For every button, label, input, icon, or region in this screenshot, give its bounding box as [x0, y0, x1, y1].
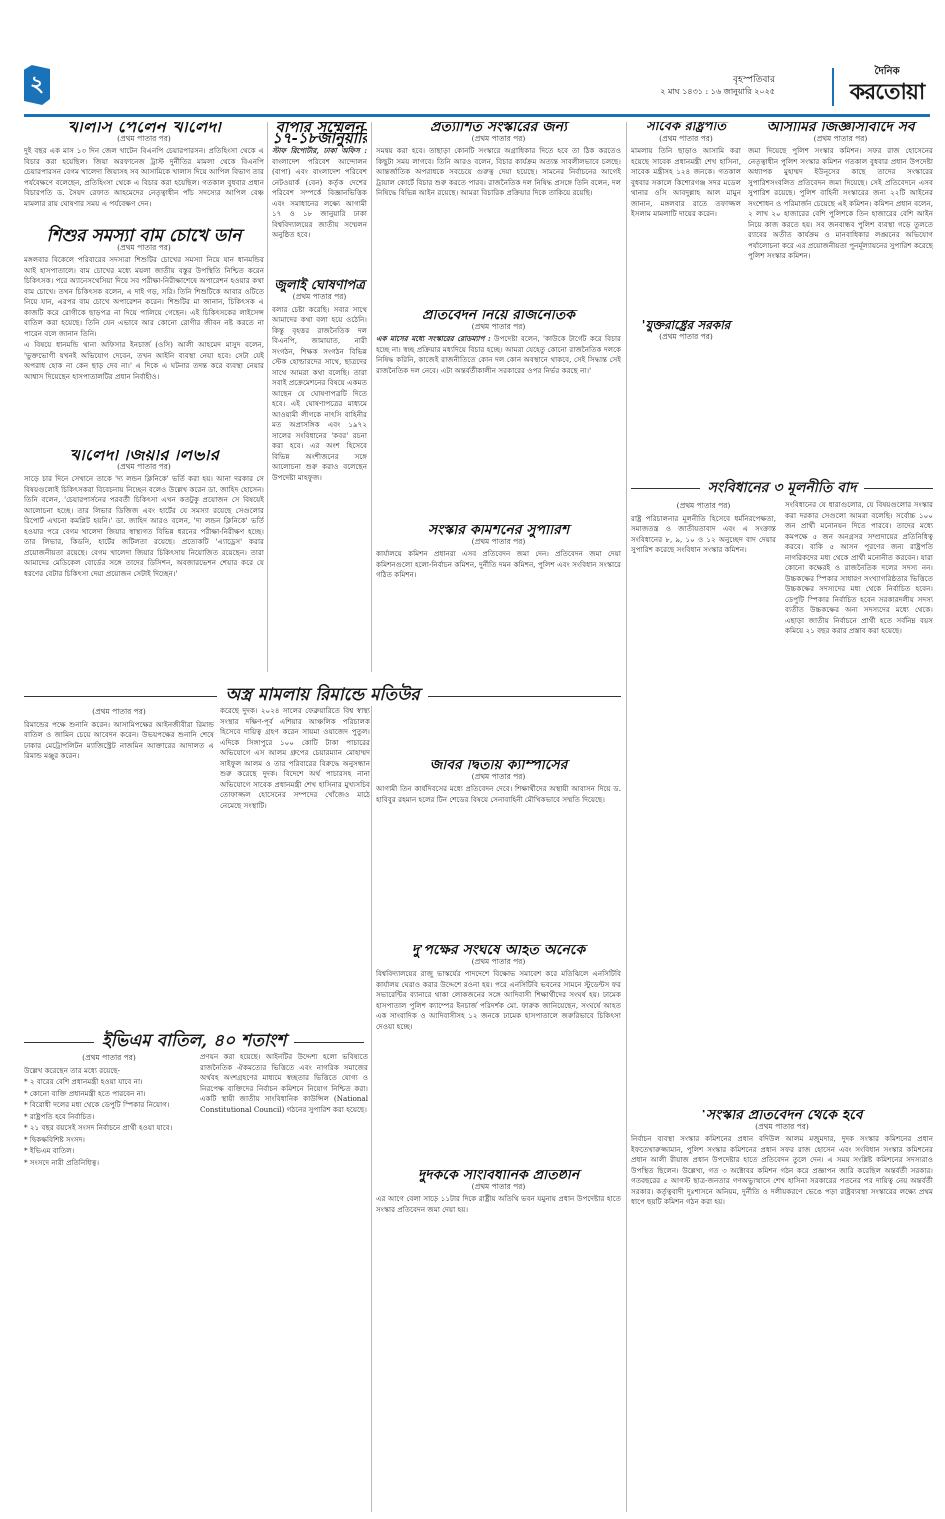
continued-label: (প্রথম পাতার পর) — [376, 537, 621, 548]
article-body: আগামী তিন কার্যদিবসের মধ্যে প্রতিবেদন দে… — [376, 784, 621, 805]
article-body: প্রণয়ন করা হয়েছে। আইনটির উদ্দেশ্য হলো … — [200, 1052, 368, 1115]
continued-label: (প্রথম পাতার পর) — [24, 134, 264, 145]
continued-label: (প্রথম পাতার পর) — [24, 707, 214, 718]
headline: জবির দ্বিতীয় ক্যাম্পাসের — [376, 760, 621, 771]
masthead-big: করতোয়া — [838, 81, 936, 105]
continued-label: (প্রথম পাতার পর) — [376, 772, 621, 783]
page-number-badge: ২ — [24, 65, 50, 105]
article-sangskar-theke: 'সংস্কার প্রতিবেদন থেকে হবে (প্রথম পাতার… — [631, 1110, 933, 1510]
article-body: দুই বছর এক মাস ১৩ দিন জেল খাটেন বিএনপি চ… — [24, 146, 264, 209]
article-body: সংবিধানের যে ধারাগুলোর, যে বিষয়গুলোর সং… — [785, 500, 933, 637]
headline: দুদককে সাংবিধানিক প্রতিষ্ঠান — [376, 1170, 621, 1181]
headline: 'যুক্তরাষ্ট্রের সরকার — [631, 320, 741, 331]
continued-label: (প্রথম পাতার পর) — [376, 957, 621, 968]
continued-label: (প্রথম পাতার পর) — [272, 292, 367, 303]
article-body: এর আগে বেলা সাড়ে ১১টার দিকে রাষ্ট্রীয় … — [376, 1194, 621, 1215]
headline: শিশুর সমস্যা বাম চোখে ডান — [24, 231, 264, 242]
article-body: বিশ্ববিদ্যালয়ের রাজু ভাস্কর্যের পাদদেশে… — [376, 969, 621, 1032]
article-body: মঙ্গলবার বিকেলে পরিবারের সদস্যরা শিশুটির… — [24, 255, 264, 339]
article-body: সাড়ে চার দিনে সেখানে তাকে 'দ্য লন্ডন ক্… — [24, 474, 264, 579]
continued-label: (প্রথম পাতার পর) — [24, 462, 264, 473]
list-item: * সংসদে নারী প্রতিনিধিত্ব। — [24, 1158, 194, 1169]
date-label: ২ মাঘ ১৪৩১ : ১৬ জানুয়ারি ২০২৫ — [660, 86, 775, 98]
subhead-lead: এক মাসের মধ্যে সংস্কারের রোডম্যাপ : — [376, 334, 491, 343]
headline-rule: সংবিধানের ৩ মূলনীতি বাদ — [631, 476, 933, 500]
article-remand-col1: (প্রথম পাতার পর) রিমান্ডের পক্ষে শুনানি … — [24, 706, 214, 1016]
article-body: রিমান্ডের পক্ষে শুনানি করেন। আসামিপক্ষের… — [24, 720, 214, 762]
article-body: মামলায় তিনি ছাড়াও আসামি করা হয়েছে সাব… — [631, 146, 741, 220]
article-evm-col2: প্রণয়ন করা হয়েছে। আইনটির উদ্দেশ্য হলো … — [200, 1052, 368, 1512]
headline: সংবিধানের ৩ মূলনীতি বাদ — [708, 476, 857, 500]
list-item: * ২ বারের বেশি প্রধানমন্ত্রী হওয়া যাবে … — [24, 1077, 194, 1088]
article-body: নির্বাচন ব্যবস্থা সংস্কার কমিশনের প্রধান… — [631, 1134, 933, 1208]
column-rule — [371, 122, 372, 672]
article-asami: আসামির জিজ্ঞাসাবাদে সব (প্রথম পাতার পর) … — [748, 122, 933, 462]
continued-label: (প্রথম পাতার পর) — [376, 1182, 621, 1193]
article-jobi: জবির দ্বিতীয় ক্যাম্পাসের (প্রথম পাতার প… — [376, 760, 621, 940]
headline: খালেদা জিয়ার লিভার — [24, 450, 264, 461]
article-body: করেছে দুদক। ২০২৪ সালের ফেব্রুয়ারিতে বিশ… — [220, 706, 370, 811]
article-body: সমন্বয় করা হবে। তাছাড়া কোনটি সংস্কারে … — [376, 146, 621, 199]
article-body: জমা দিয়েছে পুলিশ সংস্কার কমিশন। সফর রাজ… — [748, 146, 933, 262]
headline: প্রতিবেদন নিয়ে রাজনৈতিক — [376, 310, 621, 321]
headline: প্রত্যাশিত সংস্কারের জন্য — [376, 122, 621, 133]
article-songbidhan-col1: (প্রথম পাতার পর) রাষ্ট্র পরিচালনার মূলনী… — [631, 500, 776, 1100]
article-body: রাষ্ট্র পরিচালনার মূলনীতি হিসেবে ধর্মনির… — [631, 514, 776, 556]
page-header: ২ বৃহস্পতিবার ২ মাঘ ১৪৩১ : ১৬ জানুয়ারি … — [0, 60, 945, 116]
column-rule — [267, 122, 268, 672]
article-songbidhan-col2: সংবিধানের যে ধারাগুলোর, যে বিষয়গুলোর সং… — [785, 500, 933, 1100]
article-dupokkho: দু'পক্ষের সংঘর্ষে আহত অনেকে (প্রথম পাতার… — [376, 945, 621, 1165]
list-item: * বিরোধী দলের মধ্য থেকে ডেপুটি স্পিকার ন… — [24, 1100, 194, 1111]
subheadline: ১৭-১৮জানুয়ারি — [272, 133, 367, 144]
article-bapa: বাপার সম্মেলন ১৭-১৮জানুয়ারি স্টাফ রিপোর… — [272, 122, 367, 672]
masthead-logo: দৈনিক করতোয়া — [838, 64, 936, 105]
day-label: বৃহস্পতিবার — [660, 74, 775, 86]
article-body: বলার চেষ্টা করেছি। সবার সাথে আমাদের কথা … — [272, 305, 367, 484]
continued-label: (প্রথম পাতার পর) — [376, 322, 621, 333]
continued-label: (প্রথম পাতার পর) — [631, 501, 776, 512]
article-usa: 'যুক্তরাষ্ট্রের সরকার (প্রথম পাতার পর) — [631, 320, 741, 430]
list-item: * ২১ বছর বয়সেই সংসদ নির্বাচনে প্রার্থী … — [24, 1123, 194, 1134]
article-remand-col2: করেছে দুদক। ২০২৪ সালের ফেব্রুয়ারিতে বিশ… — [220, 706, 370, 1016]
list-item: * ইভিএম বাতিল। — [24, 1146, 194, 1157]
continued-label: (প্রথম পাতার পর) — [631, 134, 741, 145]
article-dudok: দুদককে সাংবিধানিক প্রতিষ্ঠান (প্রথম পাতা… — [376, 1170, 621, 1510]
article-sangskar-commission: সংস্কার কমিশনের সুপারিশ (প্রথম পাতার পর)… — [376, 525, 621, 750]
continued-label: (প্রথম পাতার পর) — [24, 1053, 194, 1064]
article-body: উল্লেখ করেছেন তার মধ্যে রয়েছে- — [24, 1066, 194, 1077]
headline: সংস্কার কমিশনের সুপারিশ — [376, 525, 621, 536]
dateline: বৃহস্পতিবার ২ মাঘ ১৪৩১ : ১৬ জানুয়ারি ২০… — [660, 74, 775, 98]
article-evm-col1: (প্রথম পাতার পর) উল্লেখ করেছেন তার মধ্যে… — [24, 1052, 194, 1512]
column-rule — [371, 706, 372, 1512]
list-item: * রাষ্ট্রপতি হবে নির্বাচিত। — [24, 1112, 194, 1123]
article-protibedon-rajnoitik: প্রতিবেদন নিয়ে রাজনৈতিক (প্রথম পাতার পর… — [376, 310, 621, 515]
list-item: * কোনো ব্যক্তি প্রধানমন্ত্রী হতে পারবেন … — [24, 1089, 194, 1100]
article-protyashito: প্রত্যাশিত সংস্কারের জন্য (প্রথম পাতার প… — [376, 122, 621, 292]
article-liver: খালেদা জিয়ার লিভার (প্রথম পাতার পর) সাড… — [24, 450, 264, 665]
masthead-small: দৈনিক — [838, 64, 936, 81]
continued-label: (প্রথম পাতার পর) — [631, 1122, 933, 1133]
headline: 'সংস্কার প্রতিবেদন থেকে হবে — [631, 1110, 933, 1121]
headline: দু'পক্ষের সংঘর্ষে আহত অনেকে — [376, 945, 621, 956]
column-rule — [626, 122, 627, 1512]
article-body: কার্যালয়ে কমিশন প্রধানরা এসব প্রতিবেদন … — [376, 549, 621, 581]
continued-label: (প্রথম পাতার পর) — [376, 134, 621, 145]
list-item: * দ্বিকক্ষবিশিষ্ট সংসদ। — [24, 1135, 194, 1146]
header-divider — [832, 68, 834, 106]
headline: সাবেক রাষ্ট্রপতি — [631, 122, 741, 133]
headline: আসামির জিজ্ঞাসাবাদে সব — [748, 122, 933, 133]
header-rule — [24, 114, 930, 117]
byline: স্টাফ রিপোর্টার, ঢাকা অফিস : — [272, 146, 367, 155]
headline: খালাস পেলেন খালেদা — [24, 122, 264, 133]
continued-label: (প্রথম পাতার পর) — [748, 134, 933, 145]
continued-label: (প্রথম পাতার পর) — [631, 332, 741, 343]
headline: জুলাই ঘোষণাপত্র — [272, 281, 367, 292]
article-body: বাংলাদেশ পরিবেশ আন্দোলন (বাপা) এবং বাংলা… — [272, 157, 367, 240]
article-body: এ বিষয়ে ধানমন্ডি থানা অফিসার ইনচার্জ (ও… — [24, 340, 264, 382]
